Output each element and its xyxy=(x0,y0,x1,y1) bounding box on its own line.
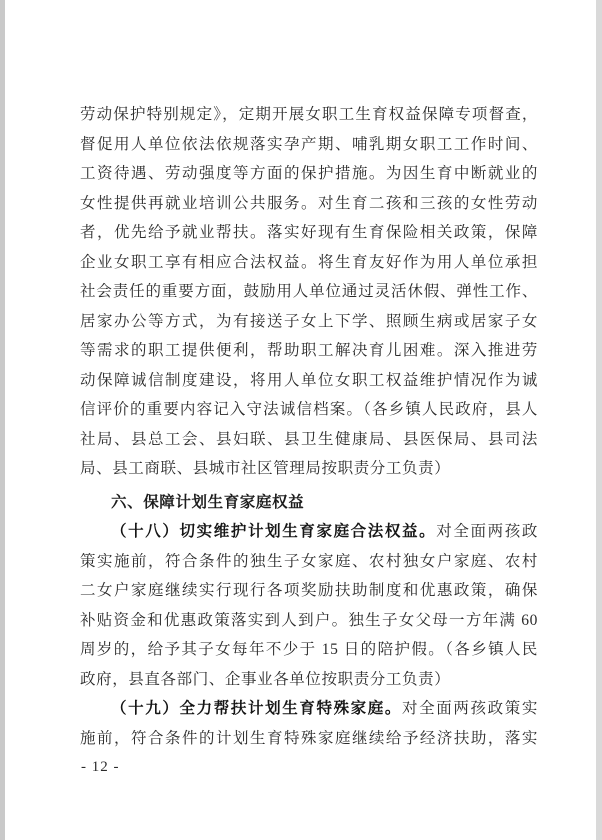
document-line: 策实施前，符合条件的独生子女家庭、农村独女户家庭、农村 xyxy=(80,547,538,577)
document-line: 二女户家庭继续实行现行各项奖励扶助制度和优惠政策，确保 xyxy=(80,576,538,606)
document-line: 居家办公等方式，为有接送子女上下学、照顾生病或居家子女 xyxy=(80,307,538,337)
page-number: - 12 - xyxy=(81,759,120,776)
document-line: 社会责任的重要方面，鼓励用人单位通过灵活休假、弹性工作、 xyxy=(80,277,538,307)
document-line: 周岁的，给予其子女每年不少于 15 日的陪护假。（各乡镇人民 xyxy=(80,635,538,665)
scan-edge-right xyxy=(596,0,602,840)
document-line: （十八）切实维护计划生育家庭合法权益。对全面两孩政 xyxy=(80,517,538,547)
document-line: 动保障诚信制度建设，将用人单位女职工权益维护情况作为诚 xyxy=(80,366,538,396)
document-line: 工资待遇、劳动强度等方面的保护措施。为因生育中断就业的 xyxy=(80,159,538,189)
section-heading: 六、保障计划生育家庭权益 xyxy=(80,488,538,518)
document-line: 者，优先给予就业帮扶。落实好现有生育保险相关政策，保障 xyxy=(80,218,538,248)
document-line: 信评价的重要内容记入守法诚信档案。（各乡镇人民政府，县人 xyxy=(80,395,538,425)
document-line: 政府，县直各部门、企事业各单位按职责分工负责） xyxy=(80,665,538,695)
document-line: 补贴资金和优惠政策落实到人到户。独生子女父母一方年满 60 xyxy=(80,606,538,636)
document-body: 劳动保护特别规定》，定期开展女职工生育权益保障专项督查， 督促用人单位依法依规落… xyxy=(80,100,538,753)
scanned-document-page: { "document": { "colors": { "scan_edge_l… xyxy=(0,0,602,840)
document-line: 等需求的职工提供便利，帮助职工解决育儿困难。深入推进劳 xyxy=(80,336,538,366)
scan-edge-left xyxy=(0,0,5,840)
document-line: （十九）全力帮扶计划生育特殊家庭。对全面两孩政策实 xyxy=(80,694,538,724)
document-line: 劳动保护特别规定》，定期开展女职工生育权益保障专项督查， xyxy=(80,100,538,130)
document-line: 女性提供再就业培训公共服务。对生育二孩和三孩的女性劳动 xyxy=(80,189,538,219)
document-line: 企业女职工享有相应合法权益。将生育友好作为用人单位承担 xyxy=(80,248,538,278)
document-line: 社局、县总工会、县妇联、县卫生健康局、县医保局、县司法 xyxy=(80,425,538,455)
document-line: 督促用人单位依法依规落实孕产期、哺乳期女职工工作时间、 xyxy=(80,130,538,160)
document-line: 局、县工商联、县城市社区管理局按职责分工负责） xyxy=(80,454,538,484)
document-line: 施前，符合条件的计划生育特殊家庭继续给予经济扶助，落实 xyxy=(80,724,538,754)
